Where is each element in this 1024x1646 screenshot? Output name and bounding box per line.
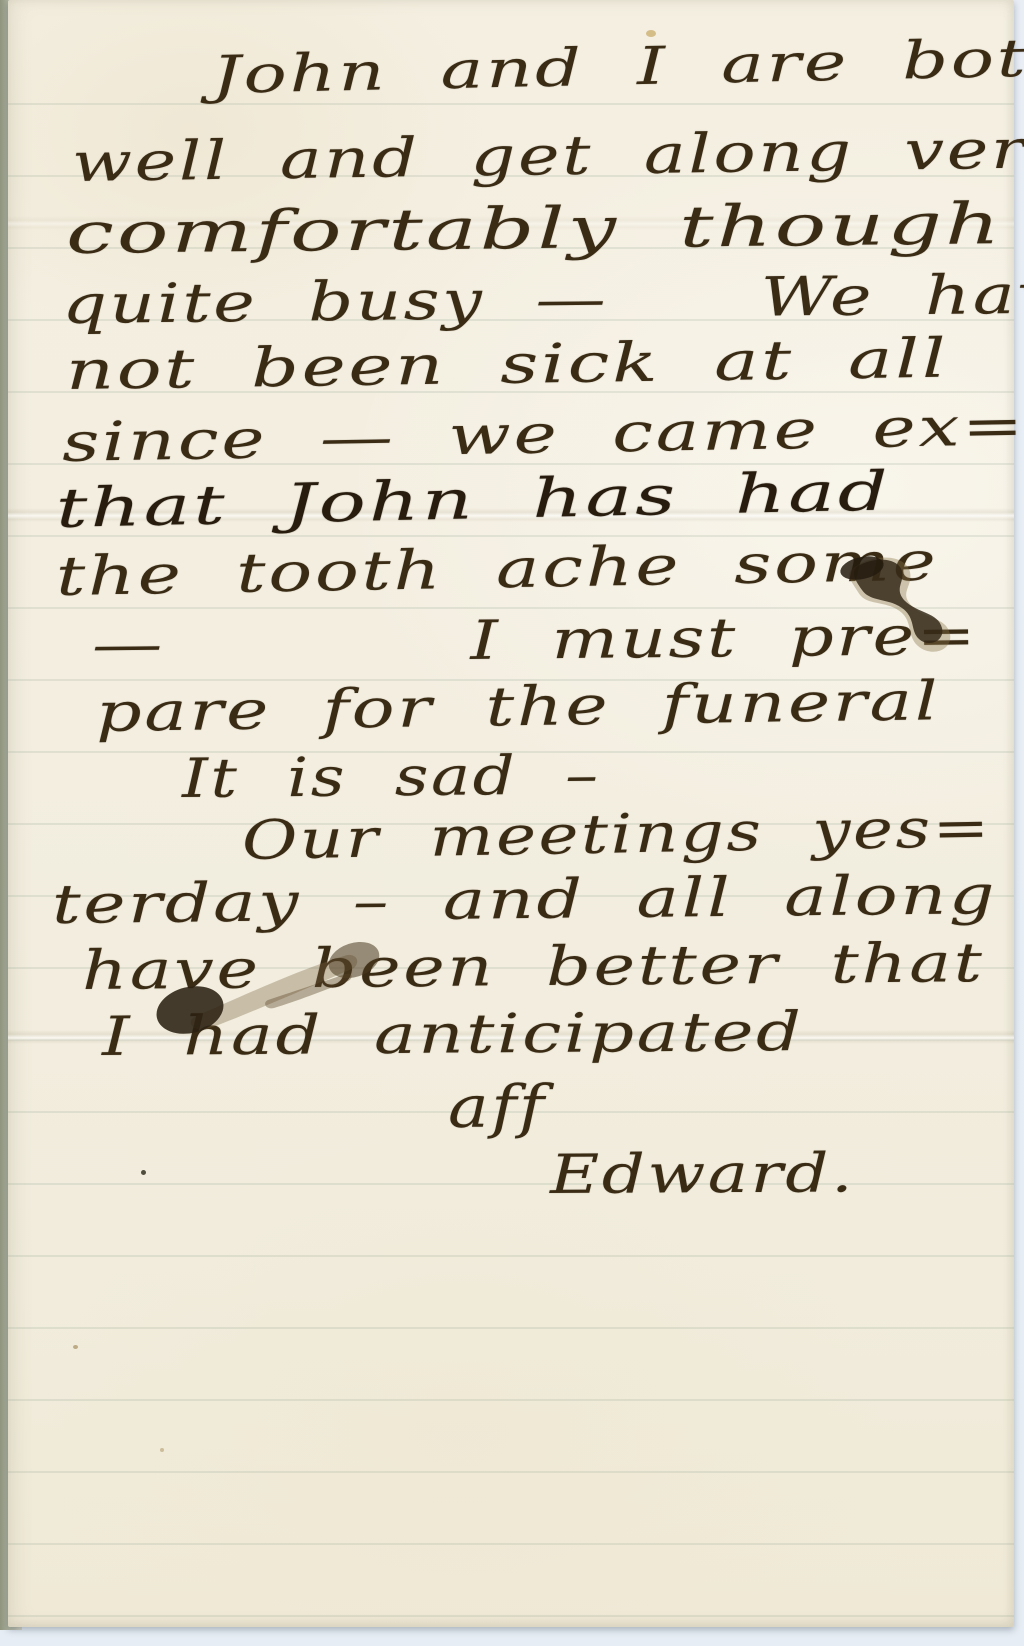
letter-line: well and get along very bbox=[72, 122, 1024, 190]
letter-line: not been sick at all bbox=[66, 332, 949, 398]
letter-line: pare for the funeral bbox=[96, 674, 941, 740]
letter-line: the tooth ache some bbox=[56, 535, 939, 604]
letter-line: It is sad – bbox=[182, 748, 601, 806]
letter-line: — I must pre= bbox=[92, 609, 979, 672]
scanned-letter: John and I are both well and get along v… bbox=[0, 0, 1024, 1646]
letter-line: terday – and all along bbox=[52, 868, 998, 932]
letter-line: quite busy — We have bbox=[62, 267, 1024, 332]
letter-line: comfortably though bbox=[66, 196, 1004, 263]
letter-signature: Edward. bbox=[550, 1146, 855, 1202]
letter-closing: aff bbox=[448, 1077, 547, 1136]
letter-line: have been better that bbox=[82, 936, 985, 998]
letter-line: Our meetings yes= bbox=[242, 801, 993, 868]
letter-line: I had anticipated bbox=[102, 1005, 804, 1064]
